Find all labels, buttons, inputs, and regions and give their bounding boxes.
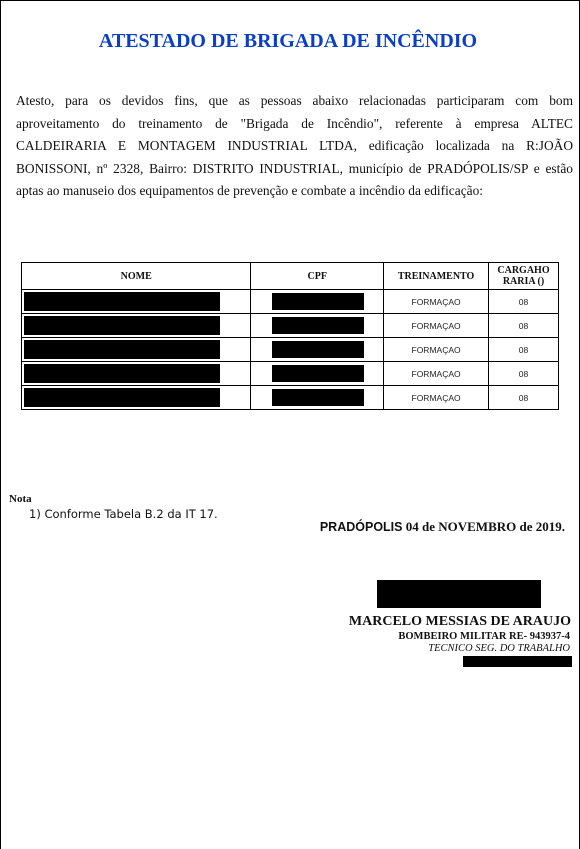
- cell-cpf: [251, 362, 384, 386]
- signatory-role: BOMBEIRO MILITAR RE- 943937-4: [398, 631, 570, 642]
- cell-nome: [22, 338, 251, 362]
- nota-label: Nota: [9, 493, 32, 505]
- redaction-block: [24, 316, 220, 335]
- header-treinamento: TREINAMENTO: [384, 263, 489, 290]
- redaction-block: [272, 317, 364, 334]
- header-carga-line2: RARIA (): [503, 276, 544, 287]
- cell-treinamento: FORMAÇAO: [384, 362, 489, 386]
- redaction-block: [272, 341, 364, 358]
- redaction-block: [24, 340, 220, 359]
- cell-treinamento: FORMAÇAO: [384, 386, 489, 409]
- intro-paragraph: Atesto, para os devidos fins, que as pes…: [16, 90, 573, 203]
- cell-nome: [22, 290, 251, 314]
- signatory-name: MARCELO MESSIAS DE ARAUJO: [349, 614, 571, 630]
- header-nome: NOME: [22, 263, 251, 290]
- cell-carga: 08: [489, 290, 558, 314]
- date-text: 04 de NOVEMBRO de 2019.: [403, 519, 566, 534]
- redaction-block: [24, 364, 220, 383]
- redaction-block: [24, 388, 220, 407]
- redaction-block: [272, 365, 364, 382]
- date-line: PRADÓPOLIS 04 de NOVEMBRO de 2019.: [320, 519, 565, 535]
- header-carga-horaria: CARGAHO RARIA (): [489, 263, 558, 290]
- cell-cpf: [251, 386, 384, 409]
- table-row: FORMAÇAO 08: [22, 386, 558, 409]
- intro-line: aproveitamento do treinamento de "Brigad…: [16, 113, 573, 136]
- redaction-block: [272, 293, 364, 310]
- header-cpf: CPF: [251, 263, 384, 290]
- cell-cpf: [251, 314, 384, 338]
- intro-line: Atesto, para os devidos fins, que as pes…: [16, 90, 573, 113]
- brigade-table: NOME CPF TREINAMENTO CARGAHO RARIA () FO…: [21, 262, 559, 410]
- intro-line: CALDEIRARIA E MONTAGEM INDUSTRIAL LTDA, …: [16, 135, 573, 158]
- cell-carga: 08: [489, 338, 558, 362]
- registration-redaction: [463, 656, 572, 667]
- cell-treinamento: FORMAÇAO: [384, 314, 489, 338]
- cell-treinamento: FORMAÇAO: [384, 338, 489, 362]
- cell-cpf: [251, 290, 384, 314]
- cell-nome: [22, 314, 251, 338]
- document-title: ATESTADO DE BRIGADA DE INCÊNDIO: [1, 30, 575, 53]
- cell-nome: [22, 362, 251, 386]
- cell-cpf: [251, 338, 384, 362]
- intro-line: aptas ao manuseio dos equipamentos de pr…: [16, 180, 573, 203]
- table-row: FORMAÇAO 08: [22, 362, 558, 386]
- table-row: FORMAÇAO 08: [22, 314, 558, 338]
- intro-line: BONISSONI, nº 2328, Bairro: DISTRITO IND…: [16, 158, 573, 181]
- header-carga-line1: CARGAHO: [497, 265, 549, 276]
- table-row: FORMAÇAO 08: [22, 290, 558, 314]
- date-city: PRADÓPOLIS: [320, 520, 403, 534]
- cell-carga: 08: [489, 362, 558, 386]
- signatory-title: TECNICO SEG. DO TRABALHO: [428, 643, 570, 654]
- redaction-block: [24, 292, 220, 311]
- redaction-block: [272, 389, 364, 406]
- signature-redaction: [377, 580, 541, 608]
- nota-item: 1) Conforme Tabela B.2 da IT 17.: [29, 507, 218, 521]
- cell-carga: 08: [489, 386, 558, 409]
- document-page: ATESTADO DE BRIGADA DE INCÊNDIO Atesto, …: [0, 0, 580, 849]
- cell-nome: [22, 386, 251, 409]
- table-row: FORMAÇAO 08: [22, 338, 558, 362]
- cell-carga: 08: [489, 314, 558, 338]
- cell-treinamento: FORMAÇAO: [384, 290, 489, 314]
- table-header-row: NOME CPF TREINAMENTO CARGAHO RARIA (): [22, 263, 558, 290]
